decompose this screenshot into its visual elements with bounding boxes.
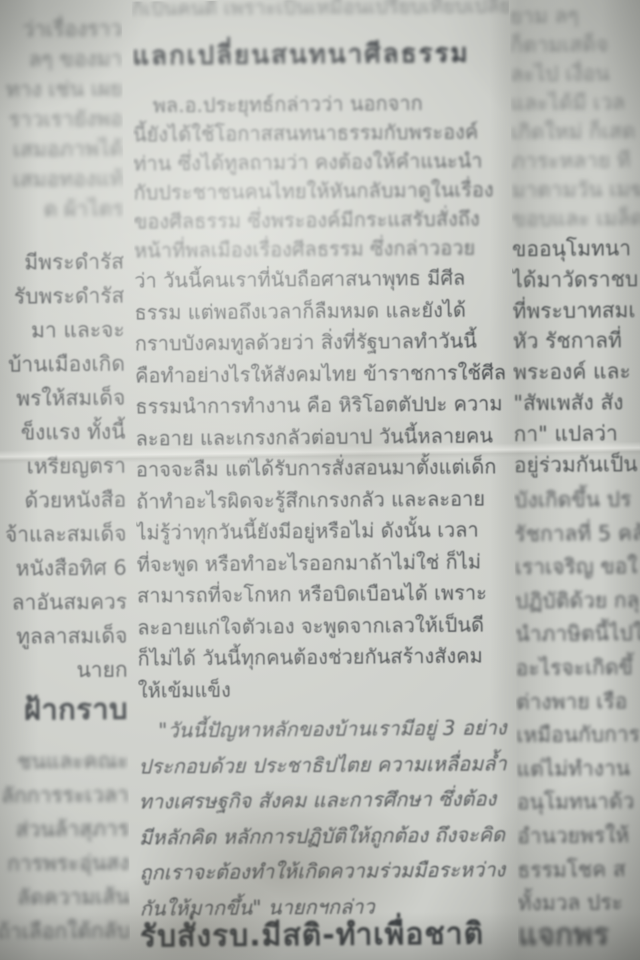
text-line: รัชกาลที่ 5 คล้: [514, 516, 640, 551]
text-line: มา และจะ: [0, 313, 125, 348]
bottom-headline: รับสั่งรบ.มีสติ-ทำเพื่อชาติ: [140, 910, 517, 960]
text-line: ของศีลธรรม ซึ่งพระองค์มีกระแสรับสั่งถึง: [134, 204, 511, 236]
text-line: ธรรมนำการทำงาน คือ หิริโอตตัปปะ ความ: [135, 388, 512, 423]
text-line: การพระอุ่นสง: [0, 846, 129, 881]
text-line: อยู่ร่วมกันเป็น: [514, 448, 640, 480]
right-column-top-lines: ยาม ลๆก็ตามเสด็จละไป เงื่อนและได้มี เวลเ…: [510, 1, 640, 235]
text-line: ยาม ลๆ: [510, 1, 640, 32]
center-column: ก็เป็นคนดี เพราะเป็นเหมือนเปรียบเทียบเปล…: [132, 0, 517, 960]
text-line: อะไรจะเกิดขึ้: [516, 651, 640, 686]
text-line: ต่างพาย เรือ: [516, 684, 640, 719]
text-line: ให้เข้มแข็ง: [138, 672, 515, 707]
text-line: ได้มาวัดราชบ: [512, 264, 640, 296]
top-edge-partial-line: ก็เป็นคนดี เพราะเป็นเหมือนเปรียบเทียบเปล…: [132, 0, 509, 25]
text-line: มาตามวัน เมฆ: [511, 175, 640, 206]
text-line: หน้าที่พลเมืองเรื่องศีลธรรม ซึ่งกล่าวอวย: [134, 233, 511, 265]
text-line: จ้าและสมเด็จ: [0, 517, 127, 552]
right-bottom-headline-fragment: แจกพร: [518, 911, 640, 959]
text-line: นำภาษิตนี้ไปใ: [515, 617, 640, 652]
text-line: ทางเศรษฐกิจ สังคม และการศึกษา ซึ่งต้อง: [139, 781, 516, 820]
text-line: ก็ตามเสด็จ: [510, 30, 640, 61]
text-line: มีพระดำรัส: [0, 245, 124, 280]
text-line: ด ผ้าไตร: [0, 194, 124, 225]
text-line: ธรรมโชค ส: [517, 852, 640, 887]
text-line: ไม่รู้ว่าทุกวันนี้ยังมีอยู่หรือไม่ ดังนั…: [136, 514, 513, 549]
text-line: ทูลลาสมเด็จ: [0, 619, 127, 654]
text-line: ขออนุโมทนา: [512, 233, 640, 265]
text-line: ที่จะพูด หรือทำอะไรออกมาถ้าไม่ใช่ ก็ไม่: [137, 546, 514, 581]
text-line: ลาอันสมควร: [0, 585, 127, 620]
text-line: ละอาย และเกรงกลัวต่อบาป วันนี้หลายคน: [135, 420, 512, 455]
text-line: กา" แปลว่า: [513, 418, 640, 450]
text-line: ถ้าทำอะไรผิดจะรู้สึกเกรงกลัว และละอาย: [136, 483, 513, 518]
text-line: ท่าน ซึ่งได้ทูลถามว่า คงต้องให้คำแนะนำ: [133, 146, 510, 178]
left-column-bottom-lines: ชนและคณะลักการระเวลาส่วนล้าสุภารการพระอุ…: [0, 744, 130, 949]
right-column-mid-lines: ขออนุโมทนาได้มาวัดราชบที่พระบาทสมเหัว รั…: [512, 233, 640, 481]
text-line: ก็ไม่ได้ วันนี้ทุกคนต้องช่วยกันสร้างสังค…: [137, 640, 514, 675]
text-line: กราบบังคมทูลด้วยว่า สิ่งที่รัฐบาลทำวันนี…: [135, 325, 512, 360]
text-line: เสมอทองแท้: [0, 164, 123, 195]
text-line: บังเกิดขึ้น ปร: [514, 483, 640, 518]
text-line: สามารถที่จะโกหก หรือบิดเบือนได้ เพราะ: [137, 577, 514, 612]
text-line: ลัดความเส้น: [0, 880, 130, 915]
text-line: เหรียญตรา: [0, 449, 126, 484]
text-line: ละอายแก่ใจตัวเอง จะพูดจากเลวให้เป็นดี: [137, 609, 514, 644]
left-column: ว่าเรื่องราวลๆ ของมาทาง เช่น เผยราวเรายั…: [0, 2, 130, 960]
text-line: "วันนี้ปัญหาหลักของบ้านเรามีอยู่ 3 อย่าง: [138, 710, 515, 749]
body-paragraph-main: ว่า วันนี้คนเราที่นับถือศาสนาพุทธ มีศีลธ…: [134, 262, 515, 706]
text-line: มีหลักคิด หลักการปฏิบัติให้ถูกต้อง ถึงจะ…: [139, 817, 516, 856]
body-paragraph-upper: พล.อ.ประยุทธ์กล่าวว่า นอกจากนี้ยังได้ใช้…: [133, 88, 512, 265]
text-line: พระองค์ และ: [513, 356, 640, 388]
text-line: นายก: [0, 653, 128, 688]
text-line: ว่า วันนี้คนเราที่นับถือศาสนาพุทธ มีศีล: [134, 262, 511, 297]
text-line: เกิดใหม่ ก็เสด: [511, 117, 640, 148]
text-line: ข็งแรง ทั้งนี้: [0, 415, 126, 450]
page-tilt-layer: ว่าเรื่องราวลๆ ของมาทาง เช่น เผยราวเรายั…: [0, 0, 640, 960]
newspaper-photo: ว่าเรื่องราวลๆ ของมาทาง เช่น เผยราวเรายั…: [0, 0, 640, 960]
text-line: แต่ไม่ทำงาน: [516, 752, 640, 787]
text-line: ขอบและ เมล็ด: [512, 204, 640, 235]
text-line: ถ้าเลือกใต้กลับ: [0, 914, 130, 949]
text-line: อำนวยพรให้: [517, 819, 640, 854]
right-column: ยาม ลๆก็ตามเสด็จละไป เงื่อนและได้มี เวลเ…: [510, 0, 640, 958]
text-line: ชนและคณะ: [0, 744, 129, 779]
text-line: ด้วยหนังสือ: [0, 483, 126, 518]
text-line: ละไป เงื่อน: [510, 59, 640, 90]
left-column-top-lines: ว่าเรื่องราวลๆ ของมาทาง เช่น เผยราวเรายั…: [0, 14, 124, 225]
text-line: ประกอบด้วย ประชาธิปไตย ความเหลื่อมล้ำ: [138, 746, 515, 785]
text-line: ถูกเราจะต้องทำให้เกิดความร่วมมือระหว่าง: [139, 852, 516, 891]
text-line: นี้ยังได้ใช้โอกาสสนทนาธรรมกับพระองค์: [133, 117, 510, 149]
text-line: ลๆ ของมา: [0, 44, 122, 75]
text-line: หัว รัชกาลที่: [513, 325, 640, 357]
text-line: และได้มี เวล: [511, 88, 640, 119]
text-line: อนุโมทนาด้ว: [517, 785, 640, 820]
left-column-subhead: ฝ้ากราบ: [0, 686, 128, 733]
text-line: พล.อ.ประยุทธ์กล่าวว่า นอกจาก: [133, 88, 510, 120]
text-line: หนังสือทิศ 6: [0, 551, 127, 586]
text-line: ราวเรายังพอ: [0, 104, 123, 135]
text-line: เหมือนกับการ: [516, 718, 640, 753]
text-line: ว่าเรื่องราว: [0, 14, 122, 45]
text-line: "สัพเพสัง สัง: [513, 387, 640, 419]
text-line: คือทำอย่างไรให้สังคมไทย ข้าราชการใช้ศีล: [135, 357, 512, 392]
text-line: อาจจะลืม แต่ได้รับการสั่งสอนมาตั้งแต่เด็…: [136, 451, 513, 486]
quote-paragraph: "วันนี้ปัญหาหลักของบ้านเรามีอยู่ 3 อย่าง…: [138, 710, 517, 926]
text-line: รับพระดำรัส: [0, 279, 125, 314]
text-line: ภาระหลาย ที: [511, 146, 640, 177]
text-line: ปฏิบัติด้วย กลุ: [515, 584, 640, 619]
text-line: พรให้สมเด็จ: [0, 381, 125, 416]
text-line: ส่วนล้าสุภาร: [0, 812, 129, 847]
text-line: ที่พระบาทสมเ: [512, 294, 640, 326]
text-line: เสมอภาพได้: [0, 134, 123, 165]
text-line: กับประชาชนคนไทยให้หันกลับมาดูในเรื่อง: [133, 175, 510, 207]
text-line: เราเจริญ ขอใ: [515, 550, 640, 585]
article-headline: แลกเปลี่ยนสนทนาศีลธรรม: [132, 32, 509, 76]
text-line: ลักการระเวลา: [0, 778, 129, 813]
right-column-low-lines: บังเกิดขึ้น ปรรัชกาลที่ 5 คล้เราเจริญ ขอ…: [514, 483, 640, 921]
text-line: ธรรม แต่พอถึงเวลาก็ลืมหมด และยังได้: [134, 294, 511, 329]
text-line: บ้านเมืองเกิด: [0, 347, 125, 382]
left-column-mid-lines: มีพระดำรัสรับพระดำรัสมา และจะบ้านเมืองเก…: [0, 245, 128, 688]
text-line: ทาง เช่น เผย: [0, 74, 123, 105]
